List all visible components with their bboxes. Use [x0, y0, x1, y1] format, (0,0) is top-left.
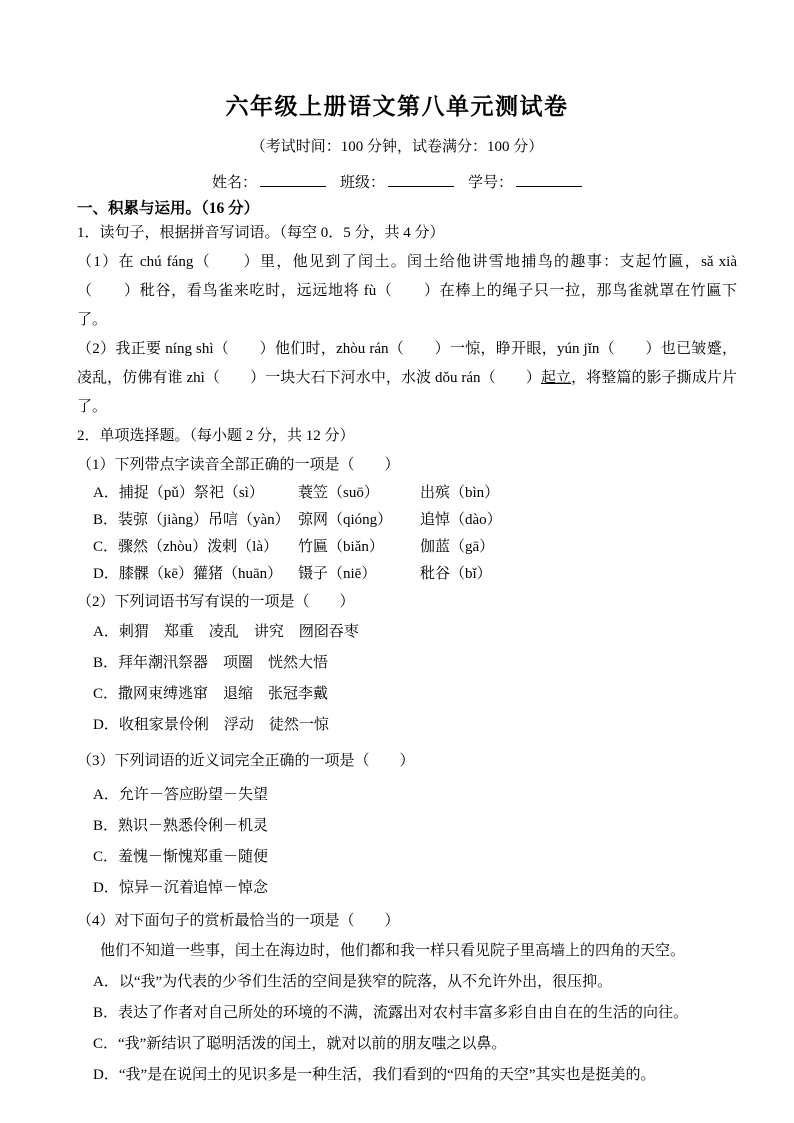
paper-header: 六年级上册语文第八单元测试卷 （考试时间：100 分钟，试卷满分：100 分） … — [0, 93, 794, 193]
option-label: D． — [93, 880, 119, 896]
option-col1: 捕捉（pǔ）祭祀（sì） — [119, 485, 264, 501]
option-group1: B．熟识－熟悉 — [93, 811, 193, 842]
option-col2: 弶网（qióng） — [298, 507, 420, 534]
option-row: C．骤然（zhòu）泼剌（là）竹匾（biǎn）伽蓝（gā） — [77, 534, 737, 561]
option-col3: 追悼（dào） — [420, 512, 502, 528]
option-pair1: 惊异－沉着 — [119, 880, 194, 896]
option-pair1: 允许－答应 — [119, 787, 194, 803]
class-blank — [388, 171, 454, 187]
q2-sub2-options: A．刺猬 郑重 凌乱 讲究 囫囵吞枣 B．拜年潮汛祭器 项圈 恍然大悟 C．撒网… — [77, 617, 737, 741]
option-row: A．允许－答应盼望－失望 — [77, 780, 737, 811]
student-info-line: 姓名：班级：学号： — [0, 171, 794, 193]
option-col1: 骤然（zhòu）泼剌（là） — [118, 539, 278, 555]
q1-part1: （1）在 chú fáng（ ）里，他见到了闰土。闰土给他讲雪地捕鸟的趣事：支起… — [77, 248, 737, 335]
q2-sub1-stem: （1）下列带点字读音全部正确的一项是（ ） — [77, 451, 737, 480]
name-label: 姓名： — [212, 175, 257, 191]
option-row: B．表达了作者对自己所处的环境的不满，流露出对农村丰富多彩自由自在的生活的向往。 — [77, 998, 737, 1029]
option-pair1: 羞愧－惭愧 — [118, 849, 193, 865]
option-label: B． — [93, 1005, 118, 1021]
option-group1: A．捕捉（pǔ）祭祀（sì） — [93, 480, 298, 507]
option-label: B． — [93, 655, 118, 671]
option-col2: 蓑笠（suō） — [298, 480, 420, 507]
option-row: D．“我”是在说闰土的见识多是一种生活，我们看到的“四角的天空”其实也是挺美的。 — [77, 1060, 737, 1091]
q2-sub2-stem: （2）下列词语书写有误的一项是（ ） — [77, 588, 737, 617]
option-row: A．以“我”为代表的少爷们生活的空间是狭窄的院落，从不允许外出，很压抑。 — [77, 967, 737, 998]
option-pair2: 盼望－失望 — [193, 787, 268, 803]
option-pair2: 追悼－悼念 — [193, 880, 268, 896]
option-group1: D．膝髁（kē）獾猪（huān） — [93, 561, 298, 588]
option-row: C．撒网束缚逃窜 退缩 张冠李戴 — [77, 679, 737, 710]
option-col1: 膝髁（kē）獾猪（huān） — [119, 566, 282, 582]
section-one-heading: 一、积累与运用。（16 分） — [77, 199, 737, 219]
student-id-label: 学号： — [468, 175, 513, 191]
option-col2: 竹匾（biǎn） — [298, 534, 420, 561]
option-label: A． — [93, 485, 119, 501]
page-title: 六年级上册语文第八单元测试卷 — [0, 93, 794, 121]
name-blank — [260, 171, 326, 187]
option-group1: D．惊异－沉着 — [93, 873, 193, 904]
option-label: C． — [93, 686, 118, 702]
option-words: 拜年潮汛祭器 项圈 恍然大悟 — [118, 655, 328, 671]
option-row: A．刺猬 郑重 凌乱 讲究 囫囵吞枣 — [77, 617, 737, 648]
option-col2: 镊子（niē） — [298, 561, 420, 588]
q1-part2: （2）我正要 níng shì（ ）他们时，zhòu rán（ ）一惊，睁开眼，… — [77, 335, 737, 422]
option-row: B．熟识－熟悉伶俐－机灵 — [77, 811, 737, 842]
option-label: B． — [93, 818, 118, 834]
option-text: 以“我”为代表的少爷们生活的空间是狭窄的院落，从不允许外出，很压抑。 — [119, 974, 612, 990]
option-col3: 秕谷（bǐ） — [420, 566, 492, 582]
test-paper-page: 六年级上册语文第八单元测试卷 （考试时间：100 分钟，试卷满分：100 分） … — [0, 0, 794, 1123]
option-col3: 出殡（bìn） — [420, 485, 499, 501]
q2-stem: 2．单项选择题。（每小题 2 分，共 12 分） — [77, 422, 737, 451]
option-label: D． — [93, 1067, 119, 1083]
option-text: “我”是在说闰土的见识多是一种生活，我们看到的“四角的天空”其实也是挺美的。 — [119, 1067, 656, 1083]
option-row: A．捕捉（pǔ）祭祀（sì）蓑笠（suō）出殡（bìn） — [77, 480, 737, 507]
q2-sub4-stem: （4）对下面句子的赏析最恰当的一项是（ ） — [77, 907, 737, 936]
option-pair2: 伶俐－机灵 — [193, 818, 268, 834]
class-label: 班级： — [340, 175, 385, 191]
option-col1: 装弶（jiàng）吊唁（yàn） — [118, 512, 290, 528]
option-label: A． — [93, 787, 119, 803]
option-row: C．“我”新结识了聪明活泼的闰土，就对以前的朋友嗤之以鼻。 — [77, 1029, 737, 1060]
option-words: 收租家景伶俐 浮动 徒然一惊 — [119, 717, 329, 733]
option-group1: B．装弶（jiàng）吊唁（yàn） — [93, 507, 298, 534]
option-label: C． — [93, 539, 118, 555]
question-area: 一、积累与运用。（16 分） 1．读句子，根据拼音写词语。（每空 0．5 分，共… — [77, 199, 737, 1091]
option-label: C． — [93, 1036, 118, 1052]
option-col3: 伽蓝（gā） — [420, 539, 494, 555]
option-text: “我”新结识了聪明活泼的闰土，就对以前的朋友嗤之以鼻。 — [118, 1036, 506, 1052]
option-label: D． — [93, 717, 119, 733]
option-row: B．装弶（jiàng）吊唁（yàn）弶网（qióng）追悼（dào） — [77, 507, 737, 534]
q2-sub3-options: A．允许－答应盼望－失望 B．熟识－熟悉伶俐－机灵 C．羞愧－惭愧郑重－随便 D… — [77, 780, 737, 904]
option-label: A． — [93, 624, 119, 640]
q2-sub4-options: A．以“我”为代表的少爷们生活的空间是狭窄的院落，从不允许外出，很压抑。 B．表… — [77, 967, 737, 1091]
option-label: B． — [93, 512, 118, 528]
option-group1: C．骤然（zhòu）泼剌（là） — [93, 534, 298, 561]
q2-sub4-quote: 他们不知道一些事，闰土在海边时，他们都和我一样只看见院子里高墙上的四角的天空。 — [77, 936, 737, 967]
q2-sub3-stem: （3）下列词语的近义词完全正确的一项是（ ） — [77, 747, 737, 776]
q1-stem: 1．读句子，根据拼音写词语。（每空 0．5 分，共 4 分） — [77, 219, 737, 248]
option-label: D． — [93, 566, 119, 582]
option-row: D．惊异－沉着追悼－悼念 — [77, 873, 737, 904]
exam-info-line: （考试时间：100 分钟，试卷满分：100 分） — [0, 137, 794, 157]
option-row: D．收租家景伶俐 浮动 徒然一惊 — [77, 710, 737, 741]
option-row: D．膝髁（kē）獾猪（huān）镊子（niē）秕谷（bǐ） — [77, 561, 737, 588]
option-words: 撒网束缚逃窜 退缩 张冠李戴 — [118, 686, 328, 702]
q1-part2-underlined-word: 起立 — [541, 370, 571, 386]
option-group1: C．羞愧－惭愧 — [93, 842, 193, 873]
option-group1: A．允许－答应 — [93, 780, 193, 811]
option-text: 表达了作者对自己所处的环境的不满，流露出对农村丰富多彩自由自在的生活的向往。 — [118, 1005, 688, 1021]
option-row: B．拜年潮汛祭器 项圈 恍然大悟 — [77, 648, 737, 679]
option-pair2: 郑重－随便 — [193, 849, 268, 865]
option-words: 刺猬 郑重 凌乱 讲究 囫囵吞枣 — [119, 624, 359, 640]
q2-sub1-options: A．捕捉（pǔ）祭祀（sì）蓑笠（suō）出殡（bìn） B．装弶（jiàng）… — [77, 480, 737, 588]
option-label: C． — [93, 849, 118, 865]
option-row: C．羞愧－惭愧郑重－随便 — [77, 842, 737, 873]
student-id-blank — [516, 171, 582, 187]
option-label: A． — [93, 974, 119, 990]
option-pair1: 熟识－熟悉 — [118, 818, 193, 834]
